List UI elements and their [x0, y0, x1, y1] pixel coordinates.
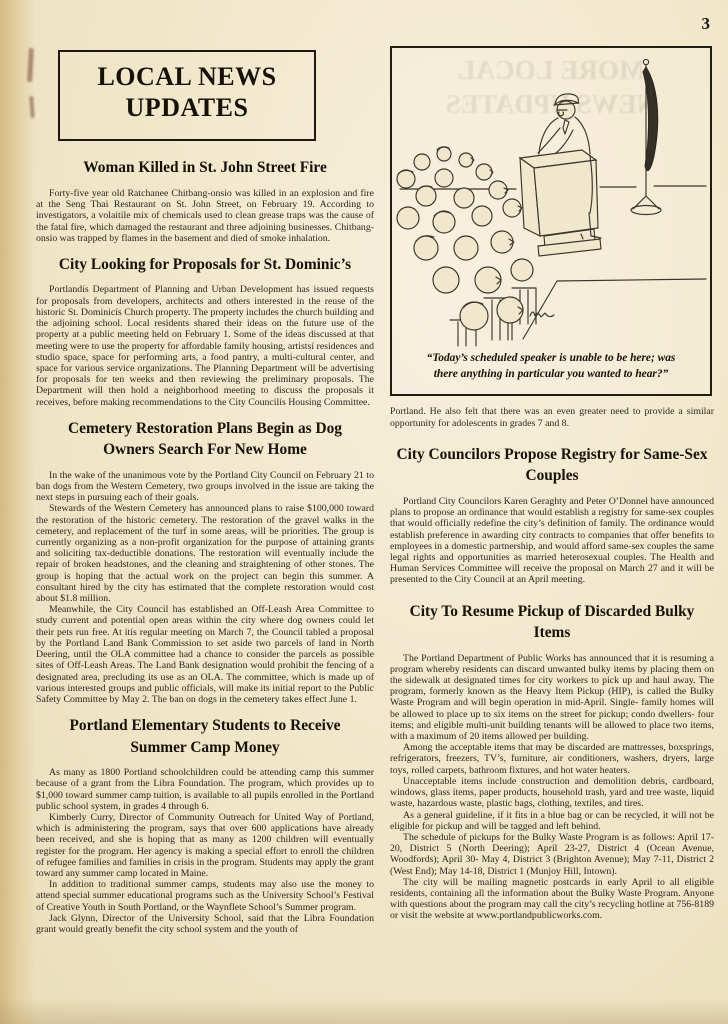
masthead-line1: LOCAL NEWS [68, 62, 306, 93]
page-left-edge-shadow [0, 0, 36, 1024]
article-headline: Cemetery Restoration Plans Begin as Dog … [42, 418, 368, 461]
article-paragraph: Portlandís Department of Planning and Ur… [36, 284, 374, 407]
article-paragraph: Jack Glynn, Director of the University S… [36, 913, 374, 935]
article-headline: City Looking for Proposals for St. Domin… [42, 254, 368, 276]
article-headline: City Councilors Propose Registry for Sam… [396, 444, 708, 487]
article-continuation: Portland. He also felt that there was an… [390, 406, 714, 428]
article-paragraph: Meanwhile, the City Council has establis… [36, 604, 374, 705]
right-column: MORE LOCAL NEWS UPDATES [390, 42, 714, 939]
section-masthead: LOCAL NEWS UPDATES [58, 50, 316, 141]
page-columns: LOCAL NEWS UPDATES Woman Killed in St. J… [36, 42, 714, 939]
article-paragraph: Stewards of the Western Cemetery has ann… [36, 503, 374, 604]
article-summer-camp: Portland Elementary Students to Receive … [36, 715, 374, 935]
article-paragraph: The schedule of pickups for the Bulky Wa… [390, 832, 714, 877]
masthead-line2: UPDATES [68, 93, 306, 124]
article-cemetery: Cemetery Restoration Plans Begin as Dog … [36, 418, 374, 705]
article-paragraph: As many as 1800 Portland schoolchildren … [36, 767, 374, 812]
page-number: 3 [702, 14, 711, 34]
article-registry: City Councilors Propose Registry for Sam… [390, 444, 714, 586]
cartoon-caption: “Today’s scheduled speaker is unable to … [392, 348, 710, 394]
article-st-dominics: City Looking for Proposals for St. Domin… [36, 254, 374, 408]
left-column: LOCAL NEWS UPDATES Woman Killed in St. J… [36, 42, 374, 939]
article-paragraph: Unacceptable items include construction … [390, 776, 714, 810]
article-woman-killed: Woman Killed in St. John Street Fire For… [36, 157, 374, 244]
editorial-cartoon: MORE LOCAL NEWS UPDATES [390, 46, 712, 396]
article-paragraph: The Portland Department of Public Works … [390, 653, 714, 743]
article-paragraph: Kimberly Curry, Director of Community Ou… [36, 812, 374, 879]
article-paragraph: Among the acceptable items that may be d… [390, 742, 714, 776]
speaker-at-podium-illustration [392, 48, 710, 348]
article-paragraph: In the wake of the unanimous vote by the… [36, 470, 374, 504]
article-paragraph: In addition to traditional summer camps,… [36, 879, 374, 913]
page-bottom-shadow [0, 998, 728, 1024]
article-paragraph: Portland City Councilors Karen Geraghty … [390, 496, 714, 586]
cartoon-drawing [392, 48, 710, 348]
artist-signature [530, 312, 554, 317]
article-paragraph: The city will be mailing magnetic postca… [390, 877, 714, 922]
newspaper-page: 3 LOCAL NEWS UPDATES Woman Killed in St.… [0, 0, 728, 1024]
article-headline: City To Resume Pickup of Discarded Bulky… [396, 601, 708, 644]
article-bulky-items: City To Resume Pickup of Discarded Bulky… [390, 601, 714, 922]
article-paragraph: Forty-five year old Ratchanee Chitbang-o… [36, 188, 374, 244]
article-headline: Woman Killed in St. John Street Fire [42, 157, 368, 179]
article-paragraph: As a general guideline, if it fits in a … [390, 810, 714, 832]
article-headline: Portland Elementary Students to Receive … [42, 715, 368, 758]
